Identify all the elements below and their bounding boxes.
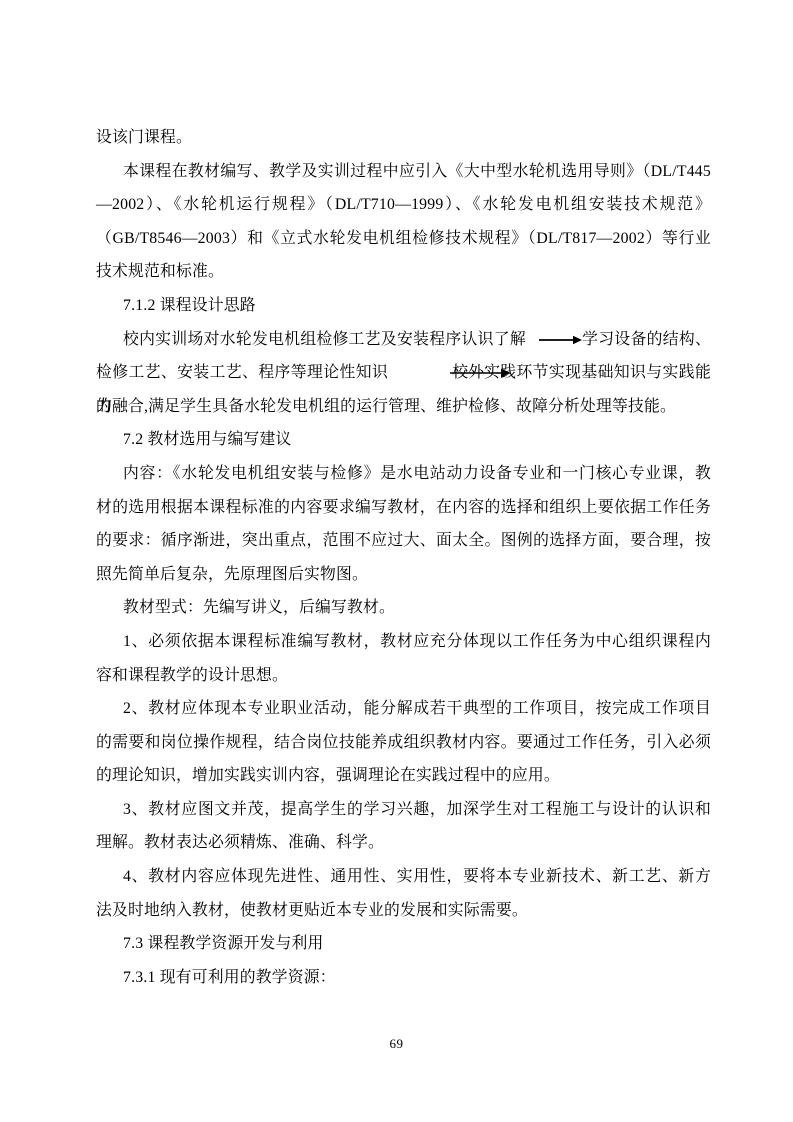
text-line: 的融合,满足学生具备水轮发电机组的运行管理、维护检修、故障分析处理等技能。 [96, 390, 711, 424]
text-line: 容和课程教学的设计思想。 [96, 659, 711, 693]
document-body: 设该门课程。 本课程在教材编写、教学及实训过程中应引入《大中型水轮机选用导则》（… [96, 121, 711, 994]
flow-line-2: 检修工艺、安装工艺、程序等理论性知识校外实践环节实现基础知识与实践能力 [96, 356, 711, 390]
text-line: 的要求：循序渐进，突出重点，范围不应过大、面太全。图例的选择方面，要合理，按 [96, 524, 711, 558]
document-page: 设该门课程。 本课程在教材编写、教学及实训过程中应引入《大中型水轮机选用导则》（… [0, 0, 793, 1122]
flow-text: 检修工艺、安装工艺、程序等理论性知识 [96, 364, 388, 381]
text-line: （GB/T8546—2003）和《立式水轮发电机组检修技术规程》（DL/T817… [96, 222, 711, 256]
flow-text: 校内实训场对水轮发电机组检修工艺及安装程序认识了解 [123, 331, 526, 348]
text-line: —2002）、《水轮机运行规程》（DL/T710—1999）、《水轮发电机组安装… [96, 188, 711, 222]
text-line: 技术规范和标准。 [96, 255, 711, 289]
text-line: 3、教材应图文并茂，提高学生的学习兴趣，加深学生对工程施工与设计的认识和 [96, 793, 711, 827]
flow-right-arrow-icon [538, 334, 582, 346]
spacer [526, 343, 538, 344]
text-line: 照先简单后复杂，先原理图后实物图。 [96, 558, 711, 592]
flow-line-1: 校内实训场对水轮发电机组检修工艺及安装程序认识了解学习设备的结构、 [96, 323, 711, 357]
text-line: 内容：《水轮发电机组安装与检修》是水电站动力设备专业和一门核心专业课，教 [96, 457, 711, 491]
text-line: 的理论知识，增加实践实训内容，强调理论在实践过程中的应用。 [96, 759, 711, 793]
section-heading: 7.2 教材选用与编写建议 [96, 423, 711, 457]
text-line: 法及时地纳入教材，使教材更贴近本专业的发展和实际需要。 [96, 894, 711, 928]
flow-text: 学习设备的结构、 [582, 331, 711, 348]
section-heading: 7.3 课程教学资源开发与利用 [96, 927, 711, 961]
section-heading: 7.3.1 现有可利用的教学资源： [96, 961, 711, 995]
text-line: 的需要和岗位操作规程，结合岗位技能养成组织教材内容。要通过工作任务，引入必须 [96, 726, 711, 760]
text-line: 材的选用根据本课程标准的内容要求编写教材，在内容的选择和组织上要依据工作任务 [96, 491, 711, 525]
section-heading: 7.1.2 课程设计思路 [96, 289, 711, 323]
text-line: 理解。教材表达必须精炼、准确、科学。 [96, 826, 711, 860]
text-line: 教材型式：先编写讲义，后编写教材。 [96, 591, 711, 625]
crossed-text: 校外实践 [452, 356, 516, 390]
flow-text: 校外实践 [452, 364, 516, 381]
text-line: 4、教材内容应体现先进性、通用性、实用性，要将本专业新技术、新工艺、新方 [96, 860, 711, 894]
text-line: 2、教材应体现本专业职业活动，能分解成若干典型的工作项目，按完成工作项目 [96, 692, 711, 726]
page-number: 69 [0, 1036, 793, 1052]
text-line: 1、必须依据本课程标准编写教材，教材应充分体现以工作任务为中心组织课程内 [96, 625, 711, 659]
text-line: 本课程在教材编写、教学及实训过程中应引入《大中型水轮机选用导则》（DL/T445 [96, 155, 711, 189]
spacer [388, 376, 452, 377]
text-line: 设该门课程。 [96, 121, 711, 155]
